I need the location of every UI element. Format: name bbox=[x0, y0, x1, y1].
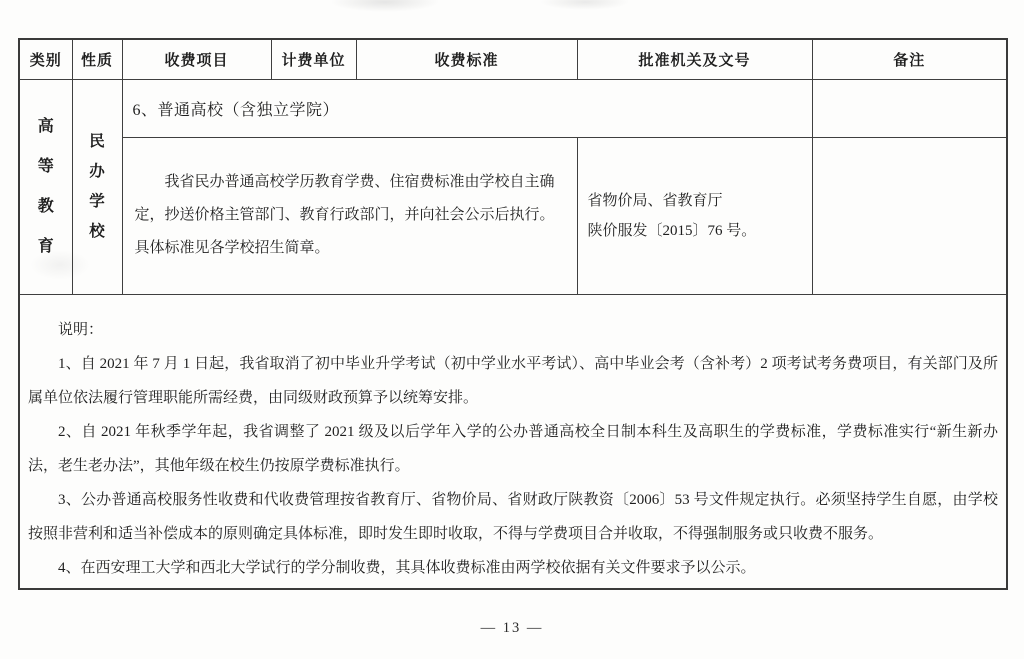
col-header-category: 类别 bbox=[19, 39, 72, 79]
page-number: — 13 — bbox=[0, 620, 1024, 637]
table-header-row: 类别 性质 收费项目 计费单位 收费标准 批准机关及文号 备注 bbox=[19, 39, 1007, 79]
table-row-policy: 我省民办普通高校学历教育学费、住宿费标准由学校自主确 定，抄送价格主管部门、教育… bbox=[19, 137, 1007, 294]
vertical-label-higher-education: 高等教育 bbox=[37, 107, 55, 267]
notes-label: 说明： bbox=[28, 313, 998, 347]
scanned-document-page: 类别 性质 收费项目 计费单位 收费标准 批准机关及文号 备注 高等教育 民办学… bbox=[0, 0, 1024, 659]
table-row-item-title: 高等教育 民办学校 6、普通高校（含独立学院） bbox=[19, 79, 1007, 137]
col-header-remark: 备注 bbox=[812, 39, 1007, 79]
col-header-nature: 性质 bbox=[72, 39, 122, 79]
scan-artifact bbox=[330, 0, 440, 12]
cell-category-higher-education: 高等教育 bbox=[19, 79, 72, 294]
scan-artifact bbox=[540, 0, 630, 10]
note-item-3: 3、公办普通高校服务性收费和代收费管理按省教育厅、省物价局、省财政厅陕教资〔20… bbox=[28, 483, 998, 551]
col-header-fee-standard: 收费标准 bbox=[356, 39, 577, 79]
note-item-2: 2、自 2021 年秋季学年起，我省调整了 2021 级及以后学年入学的公办普通… bbox=[28, 415, 998, 483]
col-header-fee-item: 收费项目 bbox=[122, 39, 271, 79]
note-item-4: 4、在西安理工大学和西北大学试行的学分制收费，其具体收费标准由两学校依据有关文件… bbox=[28, 551, 998, 585]
cell-nature-private-school: 民办学校 bbox=[72, 79, 122, 294]
cell-notes: 说明： 1、自 2021 年 7 月 1 日起，我省取消了初中毕业升学考试（初中… bbox=[19, 294, 1007, 589]
fee-schedule-table: 类别 性质 收费项目 计费单位 收费标准 批准机关及文号 备注 高等教育 民办学… bbox=[18, 38, 1008, 590]
table-row-notes: 说明： 1、自 2021 年 7 月 1 日起，我省取消了初中毕业升学考试（初中… bbox=[19, 294, 1007, 589]
col-header-billing-unit: 计费单位 bbox=[271, 39, 356, 79]
cell-approval-authority: 省物价局、省教育厅 陕价服发〔2015〕76 号。 bbox=[577, 137, 812, 294]
note-item-1: 1、自 2021 年 7 月 1 日起，我省取消了初中毕业升学考试（初中学业水平… bbox=[28, 347, 998, 415]
vertical-label-private-school: 民办学校 bbox=[88, 127, 106, 247]
cell-remark-row1 bbox=[812, 79, 1007, 137]
cell-policy-text: 我省民办普通高校学历教育学费、住宿费标准由学校自主确 定，抄送价格主管部门、教育… bbox=[122, 137, 577, 294]
col-header-authority: 批准机关及文号 bbox=[577, 39, 812, 79]
cell-remark-row2 bbox=[812, 137, 1007, 294]
cell-item-title: 6、普通高校（含独立学院） bbox=[122, 79, 812, 137]
